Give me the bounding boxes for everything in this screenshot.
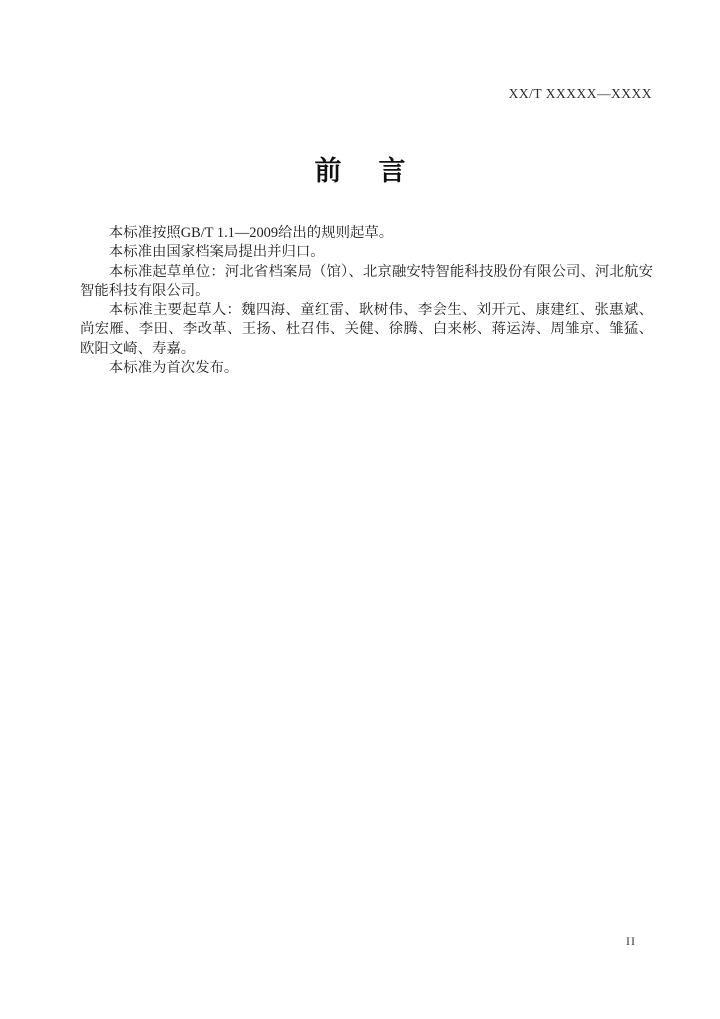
page-number: II	[626, 934, 636, 949]
foreword-paragraph: 本标准由国家档案局提出并归口。	[80, 243, 653, 262]
foreword-title-char-1: 前	[315, 156, 342, 186]
foreword-title: 前 言	[0, 156, 720, 186]
foreword-body: 本标准按照GB/T 1.1—2009给出的规则起草。 本标准由国家档案局提出并归…	[80, 224, 653, 378]
foreword-paragraph: 本标准为首次发布。	[80, 359, 653, 378]
foreword-paragraph: 本标准按照GB/T 1.1—2009给出的规则起草。	[80, 224, 653, 243]
standard-code-header: XX/T XXXXX—XXXX	[509, 86, 652, 102]
foreword-title-char-2: 言	[379, 156, 406, 186]
foreword-paragraph: 本标准起草单位：河北省档案局（馆）、北京融安特智能科技股份有限公司、河北航安智能…	[80, 263, 653, 302]
foreword-paragraph: 本标准主要起草人：魏四海、童红雷、耿树伟、李会生、刘开元、康建红、张惠斌、尚宏雁…	[80, 301, 653, 359]
document-page: XX/T XXXXX—XXXX 前 言 本标准按照GB/T 1.1—2009给出…	[0, 0, 720, 1019]
